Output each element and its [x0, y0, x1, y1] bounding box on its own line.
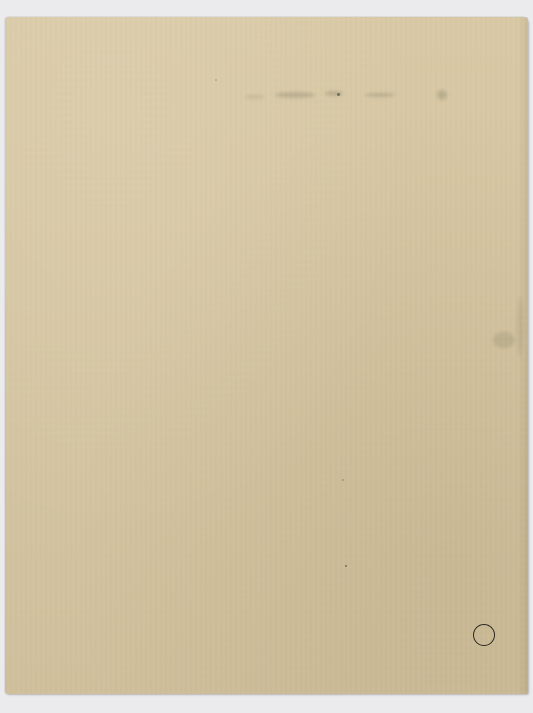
ink-speck	[345, 565, 347, 567]
ink-show-through-mark	[365, 93, 395, 97]
ink-show-through-mark	[275, 92, 315, 98]
ink-speck	[337, 93, 340, 96]
ink-speck	[215, 79, 217, 81]
edge-smudge	[517, 297, 523, 357]
ink-speck	[342, 479, 344, 481]
circular-stamp-badge	[473, 624, 495, 646]
ink-show-through-mark	[245, 95, 265, 99]
ink-show-through-mark	[325, 91, 343, 96]
edge-smudge	[493, 332, 515, 348]
ink-show-through-mark	[437, 90, 447, 100]
paper-sheet	[5, 17, 528, 694]
